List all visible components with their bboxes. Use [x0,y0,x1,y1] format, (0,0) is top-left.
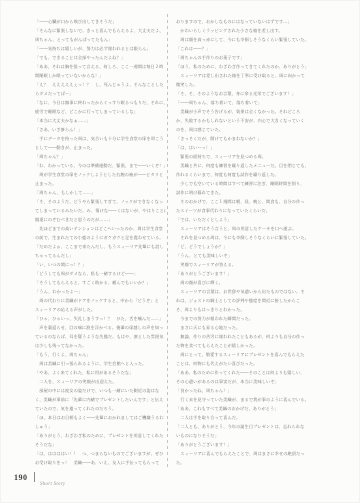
text-line: 「は、ははははい！！ つ、つまらないものでございますが、ぜひ [35,449,166,458]
text-line: 「ほ、本日はお日柄もよく――先輩におかれましてはご機嫌うるわ [35,413,166,422]
text-line: 「い、いつの間にっ！？」 [35,260,166,269]
text-line: 「ああ、これもすべて美織のおかげだ、ありがとう」 [176,404,317,413]
text-line: 「これは――？」 [176,44,317,53]
text-line: 二人を、スィーリアの笑顔が出迎えた。 [35,377,166,386]
text-line: た。 [176,458,317,467]
text-line: のを、周は感じていた。 [176,125,317,134]
text-line: 周の顔が喜びに輝く。 [176,278,317,287]
text-line: 止まった。 [35,179,166,188]
text-line: 「どうしても周がダメなら、私も一緒するけど――」 [35,269,166,278]
left-column-lines: 「――心臓が口から飛び出してきそうだ」「そんなに緊張しないで。きっと喜んでもらえ… [35,17,166,467]
text-line: 「え？ えええええぇっ！？ し、死んじゃうよ、そんなことした [35,80,166,89]
text-line: 「うん、とても美味しいぞ」 [176,251,317,260]
text-line: 行く末を見守っていた美織が、まるで我が事のように喜んでいる。 [176,395,317,404]
text-line: 周が学生食堂の扉をノックしようとした右腕の袖が――ピタリと [35,170,166,179]
text-line: 「――心臓が口から飛び出してきそうだ」 [35,17,166,26]
text-line: らダメだってばー」 [35,89,166,98]
text-line: 「周ちゃん？」 [35,152,166,161]
running-title-wrap: Short Story [40,472,91,482]
text-line: たスイーツが食事代わりになっていたくらいだ。 [176,206,317,215]
text-line: 慎重にのぞむべきだと思うのだが……」 [35,215,166,224]
text-line: 緊張の面持ちで、スィーリアを見つめる周。 [176,152,317,161]
text-line: 「周ちゃん、もしかして……」 [35,188,166,197]
text-line: 部屋の中には彼女の姿だけで、いつも一緒にいた側近の姿はな [35,386,166,395]
text-line: 周の代わりに美織がドアをノックすると、中から「どうぞ」と [35,296,166,305]
text-line: 「でも、できることは全部やったんだよね？」 [35,53,166,62]
text-line: 「良かったね、周ちゃん！」 [176,386,317,395]
text-line: か、失敗するかもしれないという不安が、内心で大きくなっていく [176,116,317,125]
text-line: 「なに、今日は無事に終わったからぐっすり眠るつもりだ、それに、 [35,98,166,107]
text-line: 美織と共に、何度も練習を繰り返したメニューだ。目を閉じても、 [176,161,317,170]
text-line: そ、周よりもはっきりとわかった。 [176,305,317,314]
text-line: 疲労で睡眠など、どこかに行ってしまっているしな」 [35,107,166,116]
text-line: 周にとって、敬愛するスィーリアにプレゼントを喜んでもらえた [176,350,317,359]
text-line: は少しも残ってなかった。 [35,341,166,350]
text-line: スィーリアの言葉は、お世辞や気遣いから出たものではない。そ [176,287,317,296]
text-line: スィーリアは差し出された箱を丁寧に受け取ると、周に向かって [176,71,317,80]
text-line: 「だめだよぉ、ここまで来たんだし、もうスィーリア先輩にも話し [35,242,166,251]
footer-divider [34,472,35,482]
left-text-column: 「――心臓が口から飛び出してきそうだ」「そんなに緊張しないで。きっと喜んでもらえ… [35,17,166,475]
text-line: れは、ジョストの騎士としての評判や態度を間近に接したからこ [176,296,317,305]
text-line: 試作に明け暮れてきた。 [176,188,317,197]
text-line: 「本当に大丈夫かなぁ……」 [35,116,166,125]
column-divider [167,14,168,468]
text-line: 「そ、そのようだ、どうやら緊張しすぎて、ノックができなくなっ [35,197,166,206]
text-line: 「ほう、私のために、わざわざ作ってきてくれたのか、ありがとう」 [176,62,317,71]
text-line: その心遣いがあるのは事実だが、本当に美味しいぞ」 [176,377,317,386]
text-line: 「そうしてもらえると、すごく助かる、頼んでもいいか？」 [35,278,166,287]
text-line: の前で、生まれたての小鹿のようにガクガクと足を震わせている。 [35,233,166,242]
text-line: ていたので、気を遣ってくれたのだろう。 [35,404,166,413]
text-line: 無論、作りの苦労に報われたこともあるが、何よりも自分の作っ [176,332,317,341]
text-line: く、美織が事前に「先輩に内緒でプレゼントしたいんです」と伝え [35,395,166,404]
text-line: 二人は手を取り合って喜んだ。 [176,413,317,422]
text-line: 「もう、行くよ、周ちゃん」 [35,350,166,359]
text-line: 先ほどまでの高いテンションはどこへいったのか、周は学生食堂 [35,224,166,233]
text-line: 「ど、どうでしょうか？」 [176,242,317,251]
text-line: そうだな」 [35,440,166,449]
text-line: 「さっそくだが、開けてもかまわないか？」 [176,134,317,143]
text-line: 声を裏返らせ、目の端に涙を浮かべる。後輩の扉越しの声を知っ [35,323,166,332]
text-line: 周は美織に引っ張られるように、学生会館へと入った。 [35,359,166,368]
text-line: かわいらしくラッピングされた小さな箱を差し出す。 [176,26,317,35]
text-line: 「ありがとうございます！」 [176,269,317,278]
text-line: 「ああ、私のために作ってくれた――そのことは何よりも嬉しい、 [176,368,317,377]
text-line: 間睡眠しか眠っていないからな！」 [35,71,166,80]
page-number: 190 [14,473,28,482]
right-column-lines: おりますので、おかしなものにはなっていないはずです…」 かわいらしくラッピングさ… [176,17,317,467]
text-line: てしまっているみたいだ。み、情けな――くはないが、やはりことは [35,206,166,215]
text-line: 周は顔を真っ赤にして、今にも卒倒しそうなくらい緊張していた。 [176,35,317,44]
text-line: スィーリアに喜んでもらえたことで、周はまさに幸せの絶頂だっ [176,449,317,458]
text-line: ちゃってるんだし」 [35,251,166,260]
text-line: 周ちゃん、とってもがんばってたもん」 [35,35,166,44]
text-line: ているのならば、耳を疑うような失態だ。もはや、凛とした雰囲気 [35,332,166,341]
text-line: 手にデータを持った周は、気合いも十分に学生食堂の扉を叩こう [35,134,166,143]
text-line: いものになりそうだ」 [176,431,317,440]
text-line: おりますので、おかしなものにはなっていないはずです…」 [176,17,317,26]
text-line: 微笑した。 [176,80,317,89]
text-line: 「では、いただくとしよう」 [176,215,317,224]
text-line: そのおかげで、ここ１週間は朝、昼、晩と、間食も、自分の作っ [176,197,317,206]
text-line: 「うん、わかったよー」 [35,287,166,296]
text-line: 「は、はいーっ！」 [176,143,317,152]
text-line: 笑顔でスィーリアが答える。 [176,260,317,269]
text-line: まさに天にも昇る心地だった。 [176,323,317,332]
text-line: スィーリアの応える声がした。 [35,305,166,314]
text-line: 少しでも空いている時間はすべて練習に注ぎ、睡眠時間を削り、 [176,179,317,188]
right-text-column: おりますので、おかしなものにはなっていないはずです…」 かわいらしくラッピングさ… [176,17,317,475]
text-line: 「周ちゃんの手作りのお菓子です」 [176,53,317,62]
book-page: 「――心臓が口から飛び出してきそうだ」「そんなに緊張しないで。きっと喜んでもらえ… [0,0,360,503]
text-line: お受け取りをっ！ 美織――あ、いえ、友人に手伝ってもらって [35,458,166,467]
text-line: 美織が小声でそう告げるが、効果は全くなかった。それどころ [176,107,317,116]
text-line: 「ありがとうございます！」 [176,440,317,449]
running-title: Short Story [40,481,65,487]
text-line: として――動きが、止まった。 [35,143,166,152]
text-line: 「そ、そ、そのようなお言葉、身に余る光栄でございます！」 [176,89,317,98]
text-line: 今までの努力が報われた瞬間だった。 [176,314,317,323]
text-line: 「そんなに緊張しないで。きっと喜んでもらえるよ、大丈夫だよ、 [35,26,166,35]
text-line: 「わ、わかっている、今のは準備運動だ、緊張、まで――いくぞ！」 [35,161,166,170]
text-line: 「――気持ちは嬉しいが、努力は必ず報われるとは限らん」 [35,44,166,53]
page-footer: 190 Short Story [14,471,90,483]
text-line: 「さあ、いざ参らん！」 [35,125,166,134]
text-line: 「ありがとう、わざわざ私のために、プレゼントを用意してくれた [35,431,166,440]
text-line: た物を食べてもらえたことが嬉しかった。 [176,341,317,350]
text-line: ことは、何物にも代えがたい喜びだった。 [176,359,317,368]
text-line: 「やあ、よく来てくれた、私に用があるそうだな」 [35,368,166,377]
text-line: それを見つめる周は、今にも卒倒しそうなくらいに緊張していた。 [176,233,317,242]
text-line: 「二人とも、ありがとう、今年の誕生日プレゼントは、忘れられな [176,422,317,431]
text-line: 作れるくらいまで、何度も何度も試作を繰り返した。 [176,170,317,179]
text-line: しゅう」 [35,422,166,431]
text-line: 「ひゃ、ひゃいっ、失礼しまうすっ！？ ひた、舌を噛んだ……」 [35,314,166,323]
text-line: 「ああ、それは胸を張って言える、何しろ、ここ一週間は毎日２時 [35,62,166,71]
text-line: スィーリアはそう言うと、周の用意したケーキを口へ運ぶ。 [176,224,317,233]
text-line: 「――周ちゃん、落ち着いて、落ち着いて」 [176,98,317,107]
